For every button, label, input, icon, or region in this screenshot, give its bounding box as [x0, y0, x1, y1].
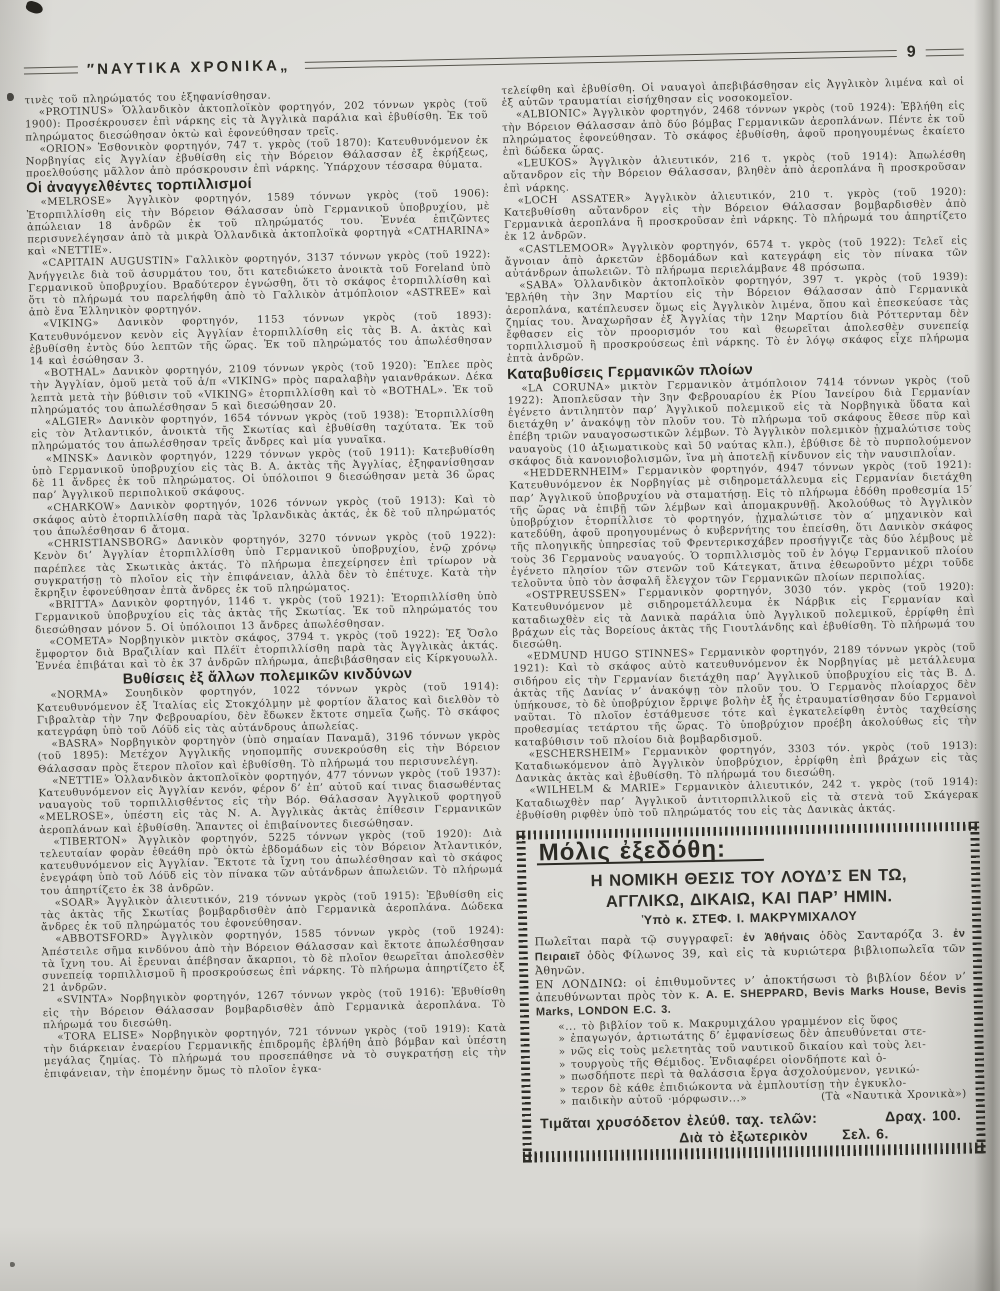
- article-paragraph: «TORA ELISE» Νορβηγικὸν φορτηγόν, 721 τό…: [43, 1023, 507, 1081]
- ad-text-segment: ὁδὸς Σανταρόζα 3.: [810, 927, 954, 943]
- scanned-page: ″ΝΑΥΤΙΚΑ ΧΡΟΝΙΚΑ„ 9 τινὲς τοῦ πληρώματός…: [23, 19, 986, 1173]
- ink-speck: [7, 93, 14, 101]
- article-paragraph: «CHRISTIANSBORG» Δανικὸν φορτηγόν, 3270 …: [33, 530, 497, 600]
- masthead-title: ″ΝΑΥΤΙΚΑ ΧΡΟΝΙΚΑ„: [87, 57, 291, 78]
- ad-price-foreign-label: Διὰ τὸ ἐξωτερικὸν: [679, 1127, 808, 1147]
- column-right: τελείφθη καὶ ἐβυθίσθη. Οἱ ναυαγοὶ ἀπεβιβ…: [501, 77, 986, 1163]
- ad-price-foreign-value: Σελ. 6.: [842, 1126, 889, 1144]
- article-columns: τινὲς τοῦ πληρώματός του ἐξηφανίσθησαν. …: [24, 77, 985, 1173]
- article-paragraph: «LA CORUNA» μικτὸν Γερμανικὸν ἀτμόπλοιον…: [507, 374, 972, 469]
- ad-review-quote: «... τὸ βιβλίον τοῦ κ. Μακρυμιχάλου γραμ…: [558, 1013, 967, 1109]
- article-paragraph: «MELROSE» Ἀγγλικὸν φορτηγόν, 1589 τόννων…: [26, 189, 490, 259]
- header-rule-left: [24, 66, 78, 74]
- page-header: ″ΝΑΥΤΙΚΑ ΧΡΟΝΙΚΑ„ 9: [24, 43, 964, 80]
- article-paragraph: «OSTPREUSSEN» Γερμανικὸν φορτηγόν, 3030 …: [511, 582, 975, 652]
- header-rule-main: [304, 49, 897, 68]
- ad-border-top: [516, 821, 979, 839]
- article-paragraph: «SABA» Ὁλλανδικὸν ἀκτοπλοϊκὸν φορτηγόν, …: [505, 272, 970, 367]
- article-paragraph: «WILHELM & MARIE» Γερμανικὸν ἁλιευτικόν,…: [515, 777, 979, 823]
- article-paragraph: «CAPITAIN AUGUSTIN» Γαλλικὸν φορτηγόν, 3…: [28, 250, 492, 320]
- ad-text-segment: ἐν Ἀθήναις: [743, 931, 810, 944]
- column-right-text: τελείφθη καὶ ἐβυθίσθη. Οἱ ναυαγοὶ ἀπεβιβ…: [501, 77, 979, 823]
- header-rule-right: [926, 48, 964, 56]
- ad-quote-attribution: (Τὰ «Ναυτικὰ Χρονικὰ»): [821, 1088, 967, 1104]
- page-number: 9: [907, 44, 916, 62]
- ad-release-headline: Μόλις ἐξεδόθη:: [537, 843, 765, 866]
- column-left: τινὲς τοῦ πληρώματός του ἐξηφανίσθησαν. …: [24, 86, 509, 1172]
- article-paragraph: «EDMUND HUGO STINNES» Γερμανικὸν φορτηγό…: [513, 643, 978, 750]
- ad-quote-text: » παιδικὴν αὐτοῦ ·μόρφωσιν...»: [560, 1093, 748, 1109]
- ad-price-value: Δραχ. 100.: [885, 1107, 961, 1126]
- article-paragraph: «TIBERTON» Ἀγγλικὸν φορτηγόν, 5225 τόννω…: [39, 828, 503, 898]
- ink-speck: [10, 1262, 15, 1267]
- article-paragraph: «NETTIE» Ὁλλανδικὸν ἀκτοπλοϊκὸν φορτηγόν…: [38, 767, 502, 837]
- article-paragraph: «ABBOTSFORD» Ἀγγλικὸν φορτηγόν, 1585 τόν…: [41, 925, 505, 995]
- ad-border-left: [516, 831, 532, 1163]
- article-paragraph: «HEDDERNHEIM» Γερμανικὸν φορτηγόν, 4947 …: [509, 460, 974, 591]
- book-advertisement: Μόλις ἐξεδόθη: Η ΝΟΜΙΚΗ ΘΕΣΙΣ ΤΟΥ ΛΟΥΔ’Σ…: [516, 821, 986, 1162]
- ad-london-paragraph: ΕΝ ΛΟΝΔΙΝΩ: οἱ ἐπιθυμοῦντες ν’ ἀποκτήσωσ…: [535, 969, 967, 1020]
